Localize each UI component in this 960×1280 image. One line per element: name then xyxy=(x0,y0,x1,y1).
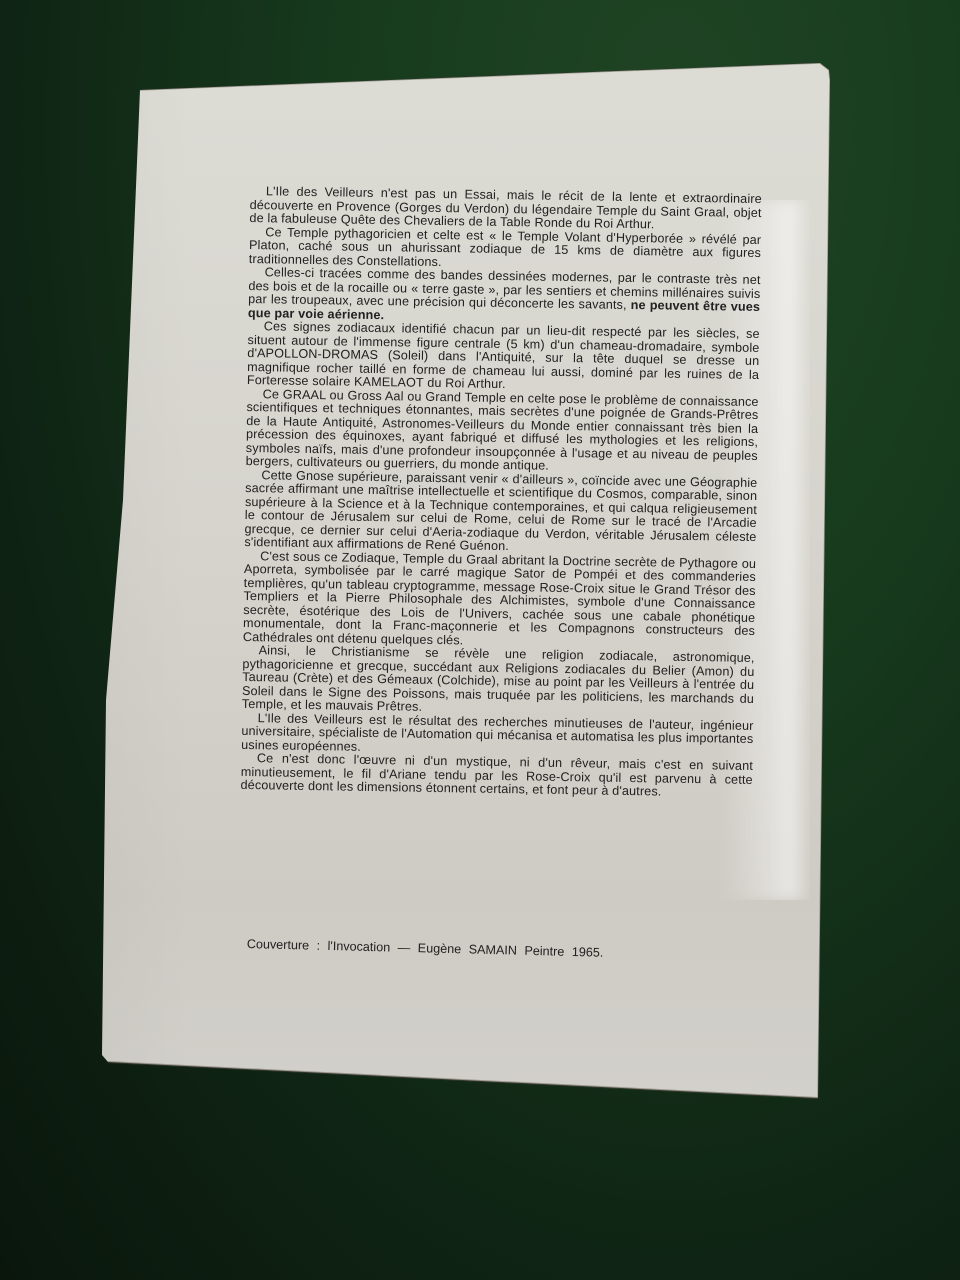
paragraph-4: Ces signes zodiacaux identifié chacun pa… xyxy=(247,320,760,396)
paragraph-8: Ainsi, le Christianisme se révèle une re… xyxy=(242,644,755,720)
paragraph-5: Ce GRAAL ou Gross Aal ou Grand Temple en… xyxy=(246,387,759,476)
blurb-text: L'Ile des Veilleurs n'est pas un Essai, … xyxy=(240,185,761,800)
paragraph-3: Celles-ci tracées comme des bandes dessi… xyxy=(248,266,761,328)
paragraph-7: C'est sous ce Zodiaque, Temple du Graal … xyxy=(243,549,756,652)
paragraph-10: Ce n'est donc l'œuvre ni d'un mystique, … xyxy=(240,752,753,801)
paragraph-6: Cette Gnose supérieure, paraissant venir… xyxy=(244,468,757,557)
